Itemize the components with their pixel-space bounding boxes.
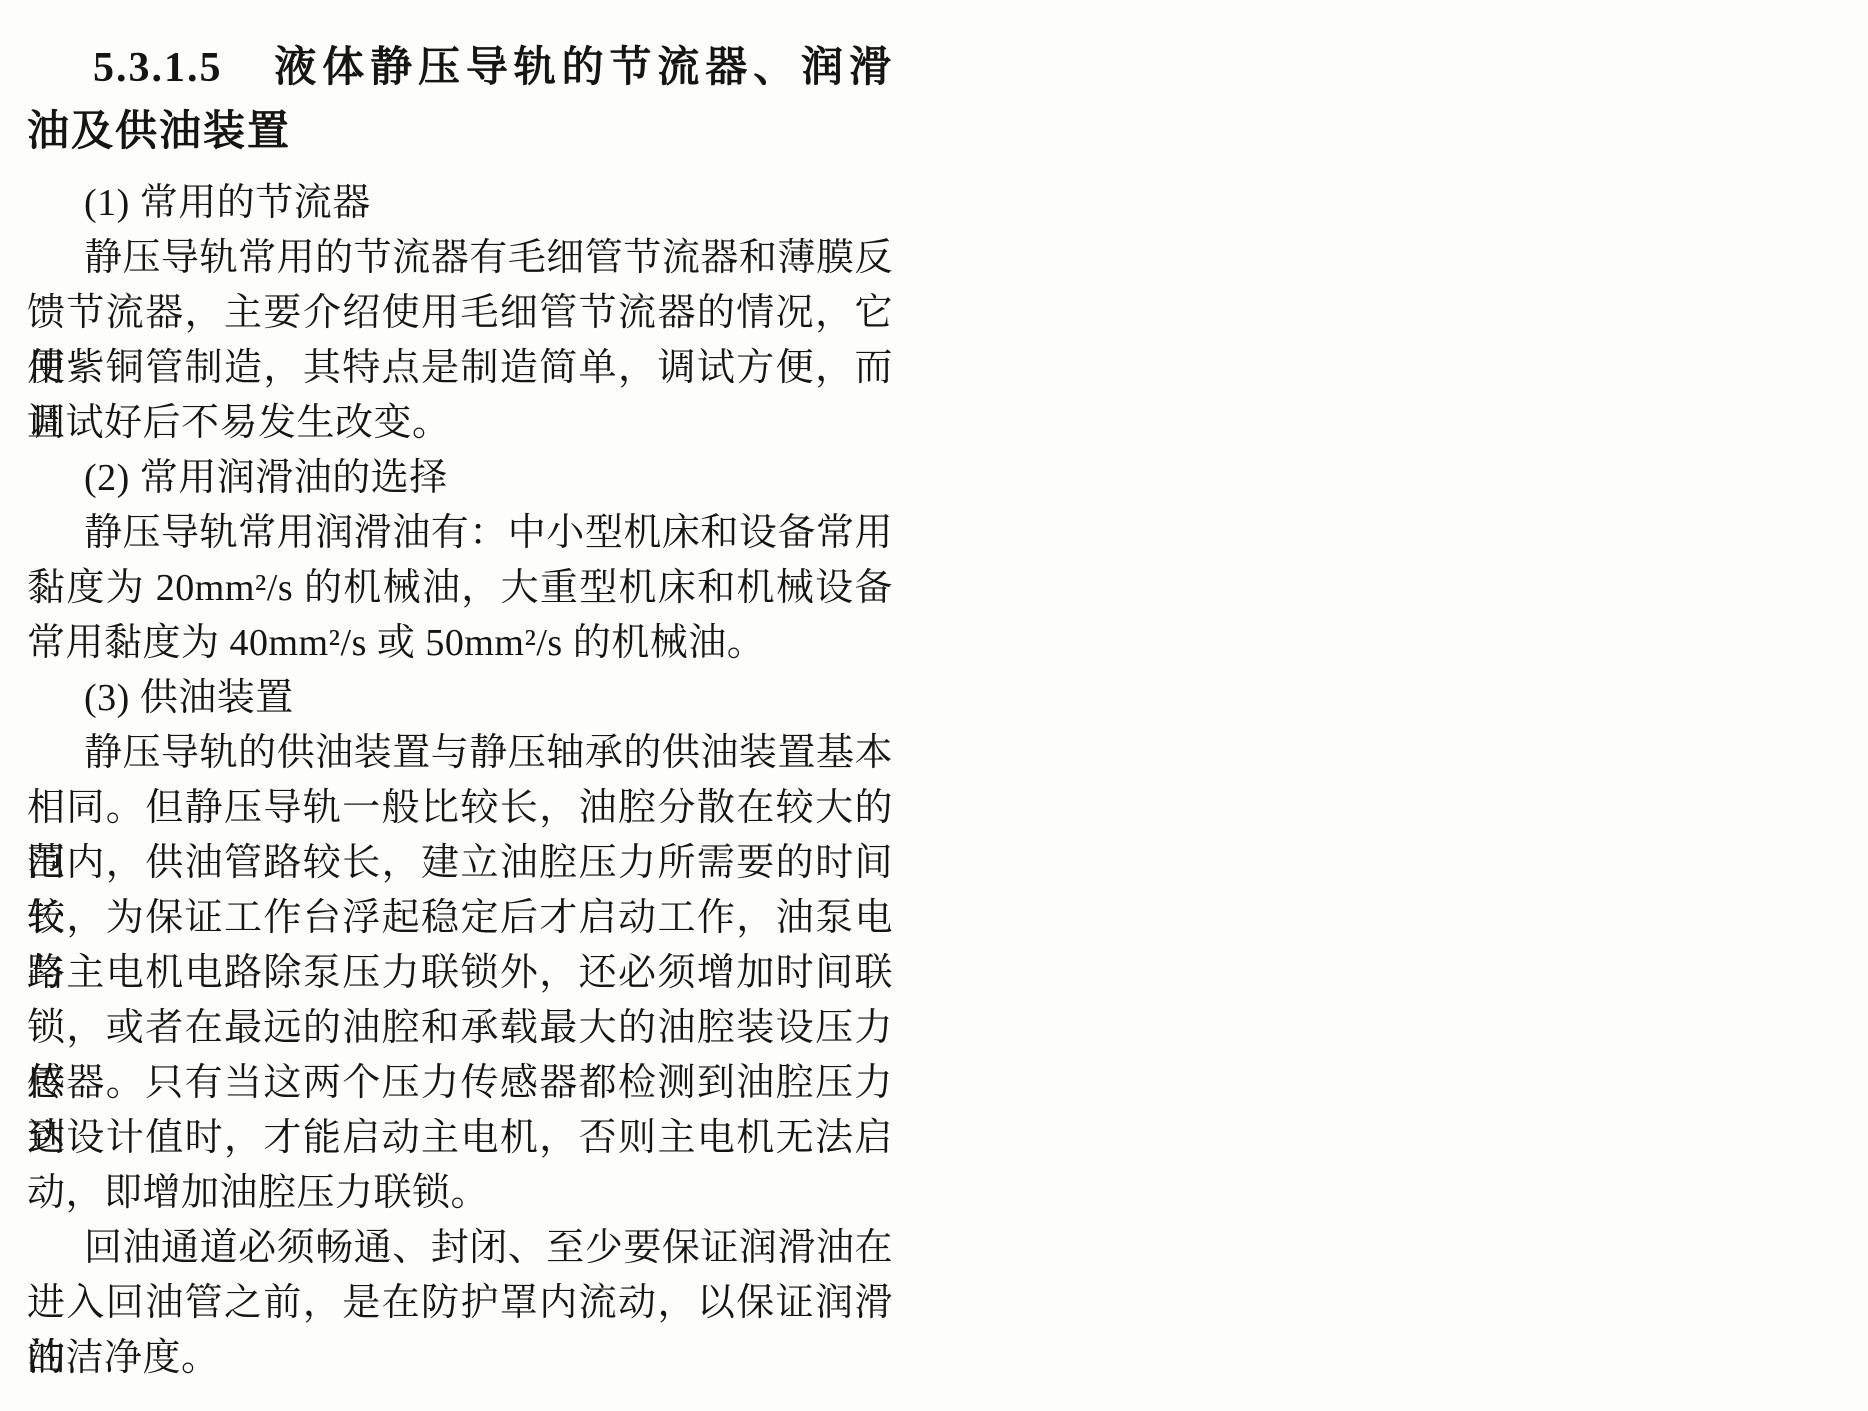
document-body: 5.3.1.5 液体静压导轨的节流器、润滑油及供油装置(1) 常用的节流器静压导… <box>27 36 893 1386</box>
text-line: 调试好后不易发生改变。 <box>27 396 893 451</box>
scanned-document-page: 5.3.1.5 液体静压导轨的节流器、润滑油及供油装置(1) 常用的节流器静压导… <box>0 0 1868 1411</box>
text-line: (3) 供油装置 <box>27 671 893 726</box>
list-item-heading: (2) 常用润滑油的选择 <box>27 451 893 506</box>
text-line: 静压导轨常用的节流器有毛细管节流器和薄膜反 <box>27 231 893 286</box>
text-line: 用紫铜管制造，其特点是制造简单，调试方便，而且 <box>27 341 893 396</box>
text-line: 到设计值时，才能启动主电机，否则主电机无法启 <box>27 1111 893 1166</box>
text-line: 静压导轨常用润滑油有：中小型机床和设备常用 <box>27 506 893 561</box>
paragraph: 回油通道必须畅通、封闭、至少要保证润滑油在进入回油管之前，是在防护罩内流动，以保… <box>27 1221 893 1386</box>
text-line: 相同。但静压导轨一般比较长，油腔分散在较大的范 <box>27 781 893 836</box>
text-line: 馈节流器，主要介绍使用毛细管节流器的情况，它使 <box>27 286 893 341</box>
paragraph: 静压导轨的供油装置与静压轴承的供油装置基本相同。但静压导轨一般比较长，油腔分散在… <box>27 726 893 1221</box>
text-line: 黏度为 20mm²/s 的机械油，大重型机床和机械设备 <box>27 561 893 616</box>
text-line: (2) 常用润滑油的选择 <box>27 451 893 506</box>
text-line: 长，为保证工作台浮起稳定后才启动工作，油泵电路 <box>27 891 893 946</box>
text-line: 进入回油管之前，是在防护罩内流动，以保证润滑油 <box>27 1276 893 1331</box>
paragraph: 静压导轨常用的节流器有毛细管节流器和薄膜反馈节流器，主要介绍使用毛细管节流器的情… <box>27 231 893 451</box>
text-line: 围内，供油管路较长，建立油腔压力所需要的时间较 <box>27 836 893 891</box>
text-line: 锁，或者在最远的油腔和承载最大的油腔装设压力传 <box>27 1001 893 1056</box>
text-line: 5.3.1.5 液体静压导轨的节流器、润滑 <box>27 36 893 100</box>
text-line: 感器。只有当这两个压力传感器都检测到油腔压力达 <box>27 1056 893 1111</box>
list-item-heading: (1) 常用的节流器 <box>27 176 893 231</box>
text-line: 回油通道必须畅通、封闭、至少要保证润滑油在 <box>27 1221 893 1276</box>
text-line: 与主电机电路除泵压力联锁外，还必须增加时间联 <box>27 946 893 1001</box>
text-line: 油及供油装置 <box>27 100 893 164</box>
text-line: 动，即增加油腔压力联锁。 <box>27 1166 893 1221</box>
text-line: 常用黏度为 40mm²/s 或 50mm²/s 的机械油。 <box>27 616 893 671</box>
text-line: (1) 常用的节流器 <box>27 176 893 231</box>
text-line: 静压导轨的供油装置与静压轴承的供油装置基本 <box>27 726 893 781</box>
text-line: 的洁净度。 <box>27 1331 893 1386</box>
list-item-heading: (3) 供油装置 <box>27 671 893 726</box>
section-heading: 5.3.1.5 液体静压导轨的节流器、润滑油及供油装置 <box>27 36 893 164</box>
paragraph: 静压导轨常用润滑油有：中小型机床和设备常用黏度为 20mm²/s 的机械油，大重… <box>27 506 893 671</box>
